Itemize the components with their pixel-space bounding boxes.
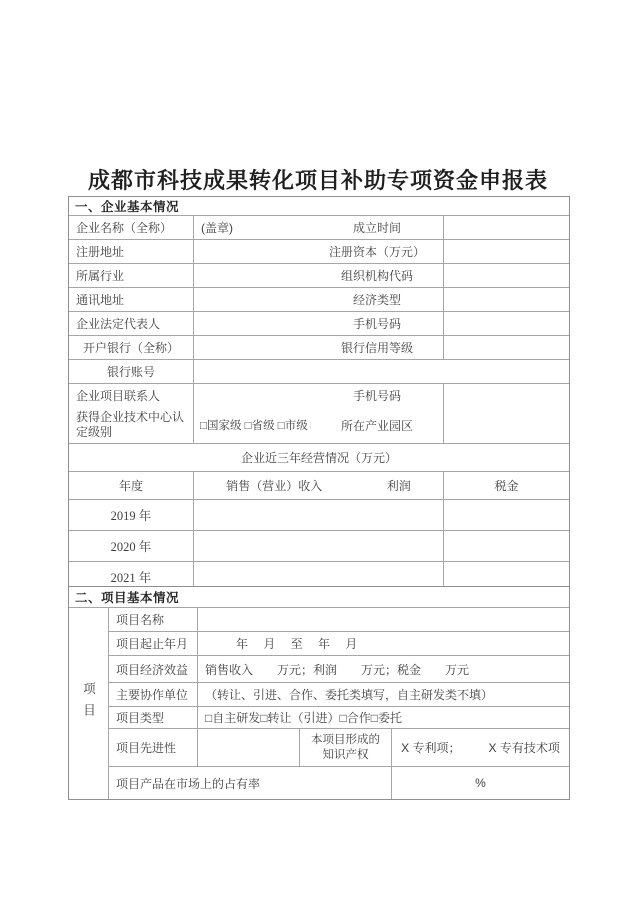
project-advanced-row: 项目先进性 本项目形成的知识产权 X 专利项； X 专有技术项 (109, 728, 569, 766)
project-contact-label: 企业项目联系人 (69, 384, 194, 407)
application-form-document: 成都市科技成果转化项目补助专项资金申报表 一、企业基本情况 企业名称（全称） (… (0, 0, 636, 900)
economic-type-value (444, 288, 569, 311)
tech-center-row: 获得企业技术中心认定级别 □国家级 □省级 □市级 □无 所在产业园区 (69, 407, 569, 443)
reg-address-value (194, 240, 311, 263)
performance-row-2019: 2019 年 (69, 499, 569, 530)
proprietary-tech-count-text: X 专有技术项 (489, 739, 560, 756)
org-code-value (444, 264, 569, 287)
performance-row-2020: 2020 年 (69, 530, 569, 561)
performance-heading: 企业近三年经营情况（万元） (69, 444, 569, 471)
company-name-row: 企业名称（全称） (盖章) 成立时间 (69, 215, 569, 239)
ip-counts-cell: X 专利项； X 专有技术项 (392, 729, 569, 766)
enterprise-info-table: 一、企业基本情况 企业名称（全称） (盖章) 成立时间 注册地址 注册资本（万元… (68, 196, 570, 593)
project-name-row: 项目名称 (109, 608, 569, 631)
project-economic-value: 销售收入 万元；利润 万元；税金 万元 (198, 656, 569, 682)
tax-2019-cell (444, 500, 569, 530)
performance-heading-row: 企业近三年经营情况（万元） (69, 443, 569, 471)
company-name-value: (盖章) (194, 216, 311, 239)
credit-rating-value (444, 336, 569, 359)
project-info-table: 二、项目基本情况 项目 项目名称 项目起止年月 年 月 至 年 月 项目经济效益… (68, 586, 570, 800)
form-title: 成都市科技成果转化项目补助专项资金申报表 (58, 164, 578, 195)
contact-mobile-label: 手机号码 (311, 384, 444, 407)
year-column-header: 年度 (69, 472, 194, 499)
bank-row: 开户银行（全称） 银行信用等级 (69, 335, 569, 359)
mobile-label: 手机号码 (311, 312, 444, 335)
industry-value (194, 264, 311, 287)
tech-center-label: 获得企业技术中心认定级别 (69, 407, 194, 443)
bank-label: 开户银行（全称） (69, 336, 194, 359)
reg-address-label: 注册地址 (69, 240, 194, 263)
revenue-profit-2020-cell (194, 531, 444, 561)
project-type-label: 项目类型 (109, 707, 198, 728)
section1-heading-row: 一、企业基本情况 (69, 197, 569, 215)
project-name-label: 项目名称 (109, 608, 198, 631)
project-rows: 项目名称 项目起止年月 年 月 至 年 月 项目经济效益 销售收入 万元；利润 … (109, 608, 569, 799)
industrial-park-value (444, 407, 569, 443)
project-contact-value (194, 384, 311, 407)
profit-column-header: 利润 (387, 477, 411, 494)
section2-heading: 二、项目基本情况 (69, 588, 185, 606)
company-name-label: 企业名称（全称） (69, 216, 194, 239)
mobile-value (444, 312, 569, 335)
project-duration-label: 项目起止年月 (109, 632, 198, 655)
establish-date-value (444, 216, 569, 239)
legal-rep-value (194, 312, 311, 335)
project-economic-row: 项目经济效益 销售收入 万元；利润 万元；税金 万元 (109, 655, 569, 682)
legal-rep-label: 企业法定代表人 (69, 312, 194, 335)
year-2020-cell: 2020 年 (69, 531, 194, 561)
bank-account-row: 银行账号 (69, 359, 569, 383)
project-economic-label: 项目经济效益 (109, 656, 198, 682)
performance-header-row: 年度 销售（营业）收入 利润 税金 (69, 471, 569, 499)
credit-rating-label: 银行信用等级 (311, 336, 444, 359)
project-contact-row: 企业项目联系人 手机号码 (69, 383, 569, 407)
industry-row: 所属行业 组织机构代码 (69, 263, 569, 287)
project-partner-value: （转让、引进、合作、委托类填写，自主研发类不填） (198, 683, 569, 706)
contact-mobile-value (444, 384, 569, 407)
tax-column-header: 税金 (444, 472, 569, 499)
economic-type-label: 经济类型 (311, 288, 444, 311)
bank-account-value (194, 360, 569, 383)
bank-value (194, 336, 311, 359)
market-share-row: 项目产品在市场上的占有率 % (109, 766, 569, 799)
tax-2020-cell (444, 531, 569, 561)
revenue-profit-2019-cell (194, 500, 444, 530)
section1-heading: 一、企业基本情况 (69, 197, 185, 215)
reg-address-row: 注册地址 注册资本（万元） (69, 239, 569, 263)
project-name-value (198, 608, 569, 631)
mail-address-row: 通讯地址 经济类型 (69, 287, 569, 311)
market-share-value: % (392, 767, 569, 799)
org-code-label: 组织机构代码 (311, 264, 444, 287)
mail-address-label: 通讯地址 (69, 288, 194, 311)
reg-capital-label: 注册资本（万元） (311, 240, 444, 263)
industrial-park-label: 所在产业园区 (311, 407, 444, 443)
establish-date-label: 成立时间 (311, 216, 444, 239)
market-share-label: 项目产品在市场上的占有率 (109, 767, 392, 799)
project-partner-row: 主要协作单位 （转让、引进、合作、委托类填写，自主研发类不填） (109, 682, 569, 706)
project-duration-row: 项目起止年月 年 月 至 年 月 (109, 631, 569, 655)
patent-count-text: X 专利项； (401, 739, 460, 756)
section2-heading-row: 二、项目基本情况 (69, 587, 569, 607)
reg-capital-value (444, 240, 569, 263)
industry-label: 所属行业 (69, 264, 194, 287)
project-advanced-label: 项目先进性 (109, 729, 198, 766)
revenue-profit-column-headers: 销售（营业）收入 利润 (194, 472, 444, 499)
ip-formed-label: 本项目形成的知识产权 (300, 729, 392, 766)
project-type-checkboxes: □自主研发□转让（引进）□合作□委托 (198, 707, 569, 728)
project-duration-value: 年 月 至 年 月 (198, 632, 569, 655)
project-info-body: 项目 项目名称 项目起止年月 年 月 至 年 月 项目经济效益 销售收入 万元；… (69, 607, 569, 799)
project-advanced-value (198, 729, 300, 766)
project-type-row: 项目类型 □自主研发□转让（引进）□合作□委托 (109, 706, 569, 728)
tech-center-level-checkboxes: □国家级 □省级 □市级 □无 (194, 407, 311, 443)
revenue-column-header: 销售（营业）收入 (226, 477, 322, 494)
bank-account-label: 银行账号 (69, 360, 194, 383)
project-side-label: 项目 (69, 608, 109, 799)
project-partner-label: 主要协作单位 (109, 683, 198, 706)
year-2019-cell: 2019 年 (69, 500, 194, 530)
legal-rep-row: 企业法定代表人 手机号码 (69, 311, 569, 335)
mail-address-value (194, 288, 311, 311)
